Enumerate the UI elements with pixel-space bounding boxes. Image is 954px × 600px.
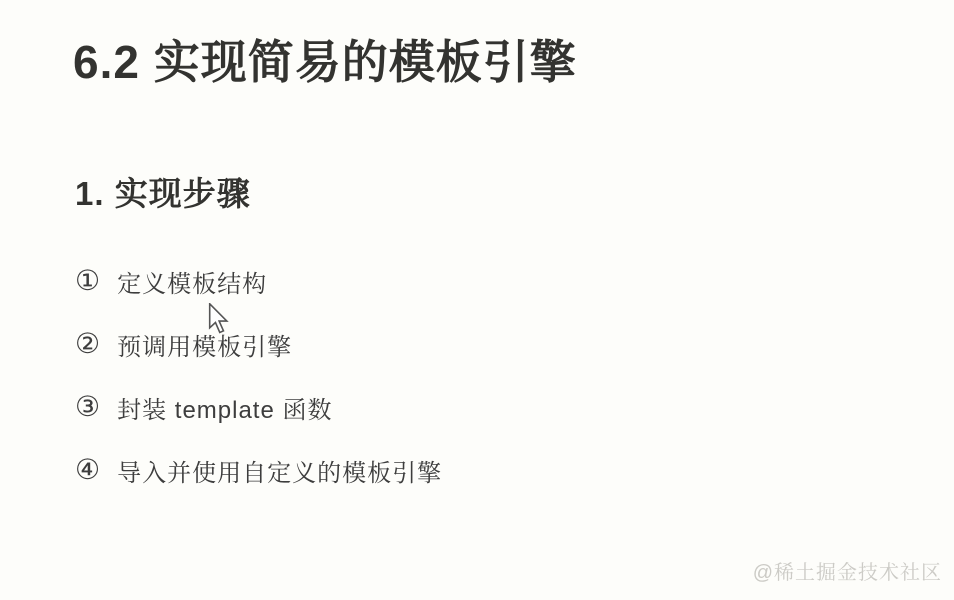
step-1-number-icon: ① bbox=[75, 267, 100, 295]
step-4-label: 导入并使用自定义的模板引擎 bbox=[117, 453, 442, 488]
page-title: 6.2 实现简易的模板引擎 bbox=[73, 26, 577, 92]
list-item-step-3: ③ 封装 template 函数 bbox=[75, 392, 442, 422]
step-3-label: 封装 template 函数 bbox=[117, 390, 332, 425]
list-item-step-4: ④ 导入并使用自定义的模板引擎 bbox=[75, 455, 442, 485]
steps-list: ① 定义模板结构 ② 预调用模板引擎 ③ 封装 template 函数 ④ 导入… bbox=[75, 266, 442, 518]
step-1-label: 定义模板结构 bbox=[117, 264, 267, 299]
watermark: @稀土掘金技术社区 bbox=[753, 556, 942, 585]
list-item-step-1: ① 定义模板结构 bbox=[75, 266, 442, 296]
step-3-number-icon: ③ bbox=[75, 393, 100, 421]
list-item-step-2: ② 预调用模板引擎 bbox=[75, 329, 442, 359]
step-2-label: 预调用模板引擎 bbox=[117, 327, 292, 362]
step-2-number-icon: ② bbox=[75, 330, 100, 358]
section-heading: 1. 实现步骤 bbox=[75, 168, 251, 215]
step-4-number-icon: ④ bbox=[75, 456, 100, 484]
slide: 6.2 实现简易的模板引擎 1. 实现步骤 ① 定义模板结构 ② 预调用模板引擎… bbox=[0, 0, 954, 600]
